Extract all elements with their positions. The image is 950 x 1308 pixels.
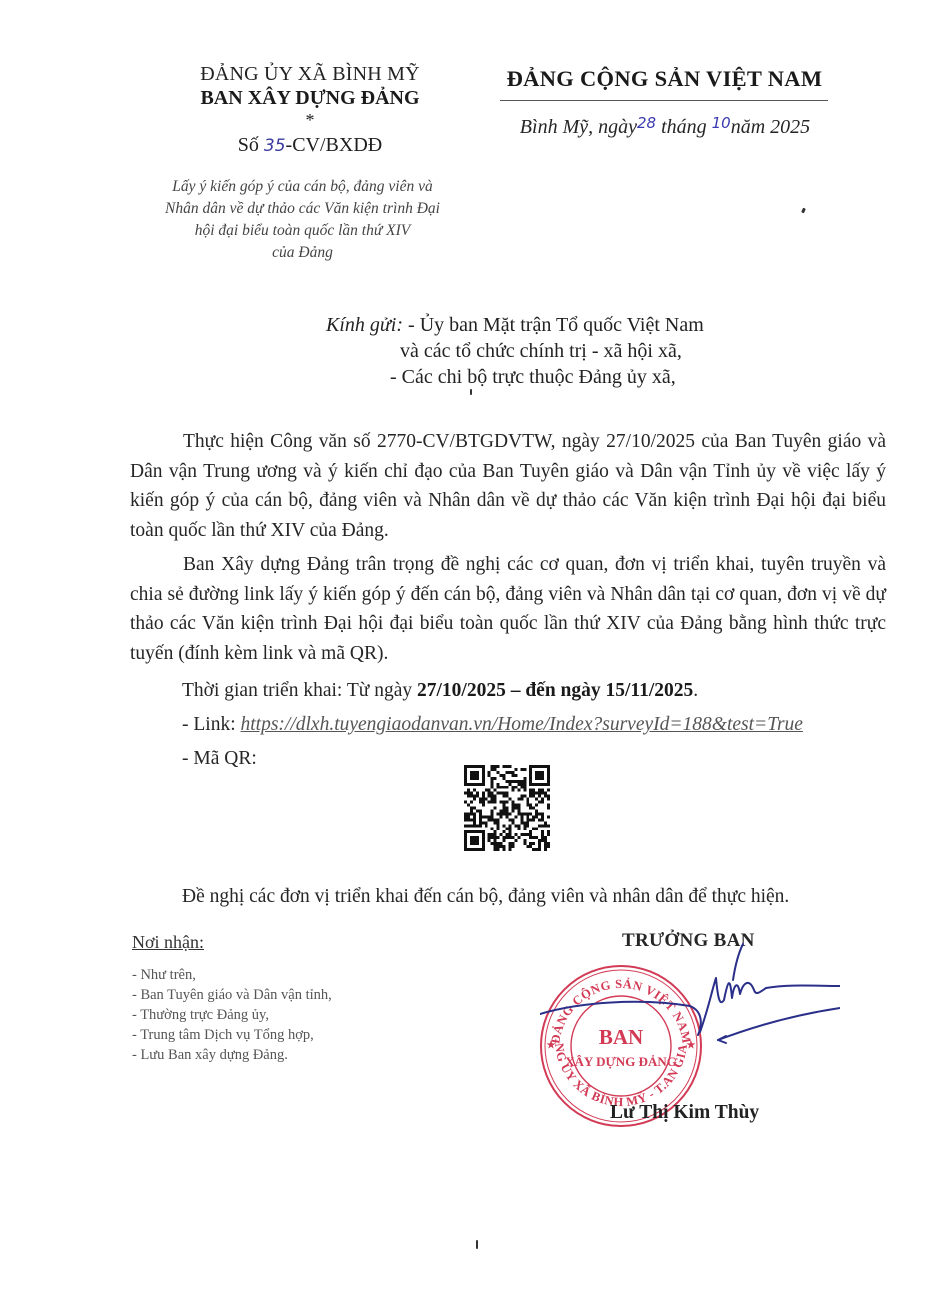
doc-number-handwritten: 35 bbox=[264, 136, 286, 156]
organization-name: BAN XÂY DỰNG ĐẢNG bbox=[150, 86, 470, 110]
qr-code-icon[interactable] bbox=[464, 765, 550, 851]
document-subject: Lấy ý kiến góp ý của cán bộ, đảng viên v… bbox=[125, 176, 480, 264]
subject-line: Nhân dân về dự thảo các Văn kiện trình Đ… bbox=[125, 198, 480, 220]
date-year: năm 2025 bbox=[731, 116, 810, 138]
star-separator: * bbox=[150, 112, 470, 128]
link-line: - Link: https://dlxh.tuyengiaodanvan.vn/… bbox=[182, 712, 803, 738]
survey-link[interactable]: https://dlxh.tuyengiaodanvan.vn/Home/Ind… bbox=[241, 714, 803, 735]
timeframe-end: . bbox=[693, 680, 698, 701]
date-month-label: tháng bbox=[656, 116, 712, 138]
date-place: Bình Mỹ, ngày bbox=[520, 116, 637, 138]
distribution-item: - Trung tâm Dịch vụ Tổng hợp, bbox=[132, 1025, 332, 1045]
parent-organization: ĐẢNG ỦY XÃ BÌNH MỸ bbox=[150, 62, 470, 86]
timeframe-label: Thời gian triển khai: Từ ngày bbox=[182, 680, 417, 701]
body-paragraph-2: Ban Xây dựng Đảng trân trọng đề nghị các… bbox=[130, 550, 886, 668]
signer-name: Lư Thị Kim Thùy bbox=[610, 1102, 759, 1124]
subject-line: của Đảng bbox=[125, 242, 480, 264]
distribution-item: - Lưu Ban xây dựng Đảng. bbox=[132, 1045, 332, 1065]
body-paragraph-1: Thực hiện Công văn số 2770-CV/BTGDVTW, n… bbox=[130, 427, 886, 545]
date-day-handwritten: 28 bbox=[637, 114, 656, 132]
addressee-line: và các tổ chức chính trị - xã hội xã, bbox=[326, 338, 704, 364]
subject-line: Lấy ý kiến góp ý của cán bộ, đảng viên v… bbox=[125, 176, 480, 198]
handwritten-signature-icon bbox=[540, 940, 840, 1050]
distribution-list: - Như trên, - Ban Tuyên giáo và Dân vận … bbox=[132, 965, 332, 1065]
issuing-organization: ĐẢNG ỦY XÃ BÌNH MỸ BAN XÂY DỰNG ĐẢNG * S… bbox=[150, 62, 470, 159]
addressee-line: - Các chi bộ trực thuộc Đảng ủy xã, bbox=[326, 364, 704, 390]
header-divider bbox=[500, 100, 828, 101]
distribution-item: - Ban Tuyên giáo và Dân vận tỉnh, bbox=[132, 985, 332, 1005]
document-number: Số 35-CV/BXDĐ bbox=[150, 132, 470, 159]
timeframe-value: 27/10/2025 – đến ngày 15/11/2025 bbox=[417, 680, 693, 701]
qr-label: - Mã QR: bbox=[182, 746, 257, 772]
addressee-label: Kính gửi: bbox=[326, 314, 403, 336]
doc-number-suffix: -CV/BXDĐ bbox=[286, 134, 383, 156]
addressee-text: - Ủy ban Mặt trận Tổ quốc Việt Nam bbox=[408, 314, 704, 336]
addressee-line: Kính gửi: - Ủy ban Mặt trận Tổ quốc Việt… bbox=[326, 312, 704, 338]
scan-speck bbox=[476, 1240, 478, 1249]
svg-text:XÂY DỰNG ĐẢNG: XÂY DỰNG ĐẢNG bbox=[565, 1054, 677, 1069]
subject-line: hội đại biểu toàn quốc lần thứ XIV bbox=[125, 220, 480, 242]
document-page: { "header_left": { "org_parent": "ĐẢNG Ủ… bbox=[0, 0, 950, 1308]
link-label: - Link: bbox=[182, 714, 241, 735]
distribution-item: - Thường trực Đảng ủy, bbox=[132, 1005, 332, 1025]
doc-number-prefix: Số bbox=[238, 134, 264, 156]
distribution-label: Nơi nhận: bbox=[132, 932, 204, 953]
scan-speck bbox=[801, 208, 806, 214]
distribution-item: - Như trên, bbox=[132, 965, 332, 985]
scan-speck bbox=[470, 389, 472, 395]
party-name: ĐẢNG CỘNG SẢN VIỆT NAM bbox=[497, 66, 832, 92]
closing-sentence: Đề nghị các đơn vị triển khai đến cán bộ… bbox=[182, 886, 789, 908]
date-line: Bình Mỹ, ngày28 tháng 10năm 2025 bbox=[505, 114, 825, 139]
addressees: Kính gửi: - Ủy ban Mặt trận Tổ quốc Việt… bbox=[326, 312, 704, 390]
timeframe-line: Thời gian triển khai: Từ ngày 27/10/2025… bbox=[182, 678, 698, 704]
date-month-handwritten: 10 bbox=[712, 114, 731, 132]
